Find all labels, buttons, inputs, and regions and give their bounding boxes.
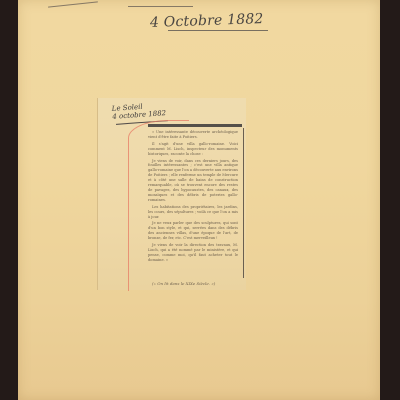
handwritten-date: 4 Octobre 1882 — [150, 11, 264, 31]
pencil-stroke — [48, 1, 98, 8]
article-paragraph: Les habitations des propriétaires, les j… — [148, 205, 238, 220]
article-top-rule — [148, 124, 242, 127]
article-body: « Une intéressante découverte archéologi… — [148, 130, 238, 265]
article-paragraph: Je ne veux parler que des sculptures, qu… — [148, 221, 238, 241]
article-footer: (« On lit dans le XIXe Siècle. ») — [152, 281, 215, 286]
column-rule — [243, 128, 244, 278]
date-underline — [168, 30, 268, 32]
article-paragraph: Je viens de voir, dans ces derniers jour… — [148, 159, 238, 203]
article-paragraph: Je viens de voir la direction des travau… — [148, 243, 238, 263]
newspaper-clipping: Le Soleil 4 octobre 1882 « Une intéressa… — [97, 98, 246, 290]
article: « Une intéressante découverte archéologi… — [148, 124, 240, 286]
clipping-annotation: Le Soleil 4 octobre 1882 — [112, 101, 167, 121]
article-paragraph: Il s'agit d'une villa gallo-romaine. Voi… — [148, 142, 238, 157]
article-paragraph: « Une intéressante découverte archéologi… — [148, 130, 238, 140]
pencil-stroke — [128, 6, 193, 8]
archive-sheet: 4 Octobre 1882 Le Soleil 4 octobre 1882 … — [18, 0, 380, 400]
